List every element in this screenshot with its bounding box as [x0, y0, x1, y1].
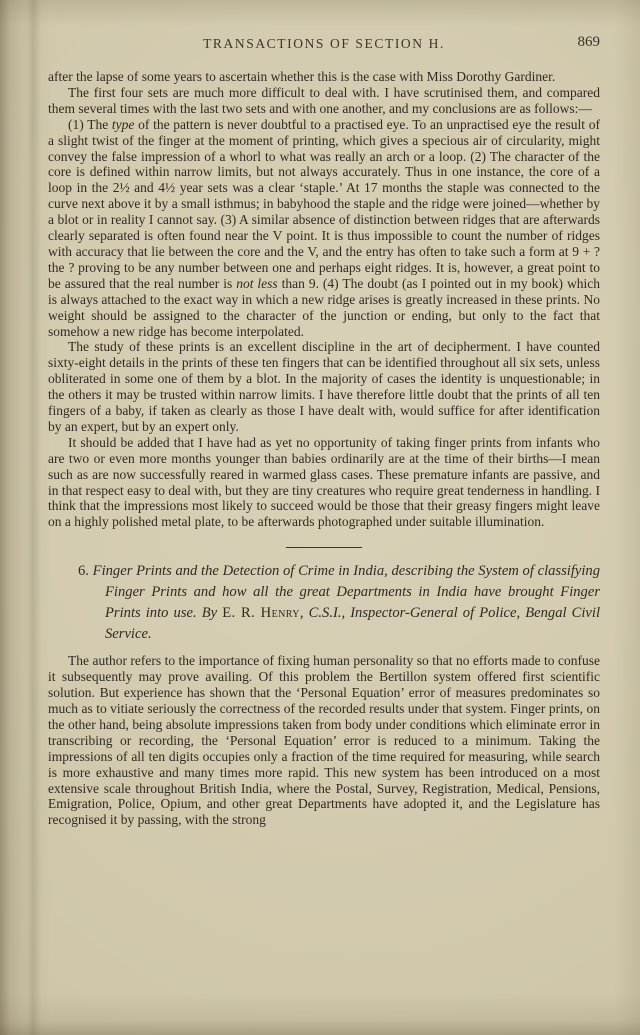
running-head-title: TRANSACTIONS OF SECTION H.	[48, 36, 600, 52]
page-number: 869	[578, 34, 601, 51]
running-head: TRANSACTIONS OF SECTION H. 869	[48, 34, 600, 54]
text-segment: The study of these prints is an excellen…	[48, 339, 600, 434]
text-segment: It should be added that I have had as ye…	[48, 435, 600, 530]
paragraph: It should be added that I have had as ye…	[48, 435, 600, 530]
paragraph: The first four sets are much more diffic…	[48, 85, 600, 117]
book-page: TRANSACTIONS OF SECTION H. 869 after the…	[0, 0, 640, 1035]
text-segment: (1) The	[68, 117, 112, 132]
page-body: after the lapse of some years to ascerta…	[48, 69, 600, 828]
text-segment: The author refers to the importance of f…	[48, 653, 600, 827]
paragraph: The author refers to the importance of f…	[48, 653, 600, 828]
text-segment: type	[112, 117, 135, 132]
paragraph: after the lapse of some years to ascerta…	[48, 69, 600, 85]
paragraph: The study of these prints is an excellen…	[48, 339, 600, 434]
section-heading: 6. Finger Prints and the Detection of Cr…	[78, 561, 600, 645]
text-segment: ,	[300, 605, 309, 621]
section-number: 6.	[78, 563, 93, 579]
text-segment: The first four sets are much more diffic…	[48, 85, 600, 116]
section-divider	[286, 547, 362, 548]
paragraph: (1) The type of the pattern is never dou…	[48, 117, 600, 340]
text-segment: of the pattern is never doubtful to a pr…	[48, 117, 600, 291]
text-segment: E. R. Henry	[222, 605, 300, 621]
text-segment: not less	[236, 276, 277, 291]
text-segment: after the lapse of some years to ascerta…	[48, 69, 555, 84]
